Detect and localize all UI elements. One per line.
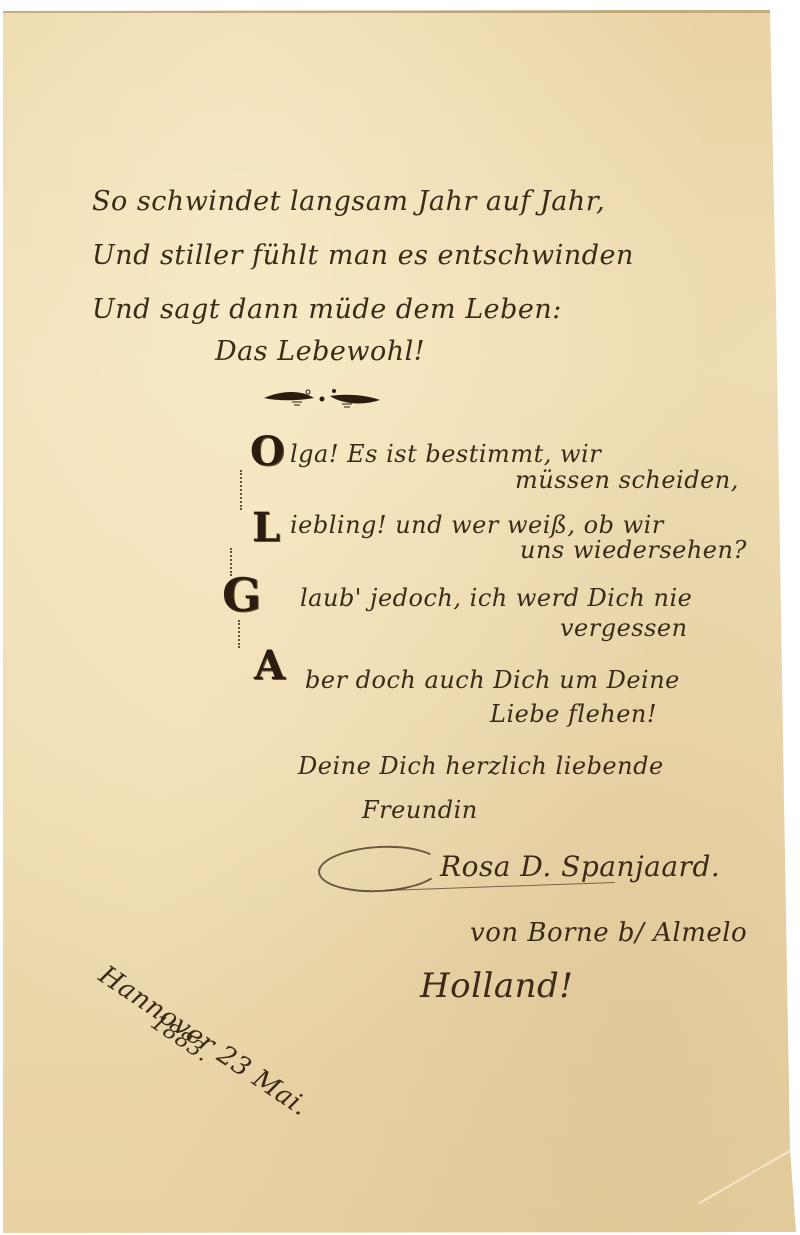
acrostic-initial-l: L — [252, 508, 280, 548]
dotted-connector — [238, 620, 240, 648]
dotted-connector — [230, 548, 232, 576]
poem-line-4: Das Lebewohl! — [215, 336, 425, 367]
signature-place: von Borne b/ Almelo — [470, 918, 747, 948]
poem-line-1: So schwindet langsam Jahr auf Jahr, — [92, 186, 605, 217]
acrostic-line: Liebe flehen! — [490, 700, 657, 728]
poem-line-2: Und stiller fühlt man es entschwinden — [92, 240, 634, 271]
dotted-connector — [240, 470, 242, 510]
acrostic-initial-g: G — [222, 572, 261, 618]
signature-name: Rosa D. Spanjaard. — [440, 850, 720, 883]
acrostic-line: lga! Es ist bestimmt, wir — [290, 440, 601, 468]
acrostic-line: iebling! und wer weiß, ob wir — [290, 511, 664, 539]
acrostic-line: müssen scheiden, — [515, 466, 739, 494]
signature-country: Holland! — [420, 966, 573, 1006]
paper-crease — [698, 1138, 800, 1205]
acrostic-initial-a: A — [254, 646, 285, 686]
closing-line: Freundin — [362, 796, 478, 824]
flourish-divider-icon — [262, 386, 382, 410]
poem-line-3: Und sagt dann müde dem Leben: — [92, 294, 562, 325]
closing-line: Deine Dich herzlich liebende — [298, 752, 664, 780]
acrostic-line: ber doch auch Dich um Deine — [305, 666, 680, 694]
acrostic-initial-o: O — [250, 432, 285, 472]
acrostic-line: laub' jedoch, ich werd Dich nie — [300, 584, 692, 612]
acrostic-line: vergessen — [560, 614, 688, 642]
acrostic-line: uns wiedersehen? — [520, 536, 747, 564]
